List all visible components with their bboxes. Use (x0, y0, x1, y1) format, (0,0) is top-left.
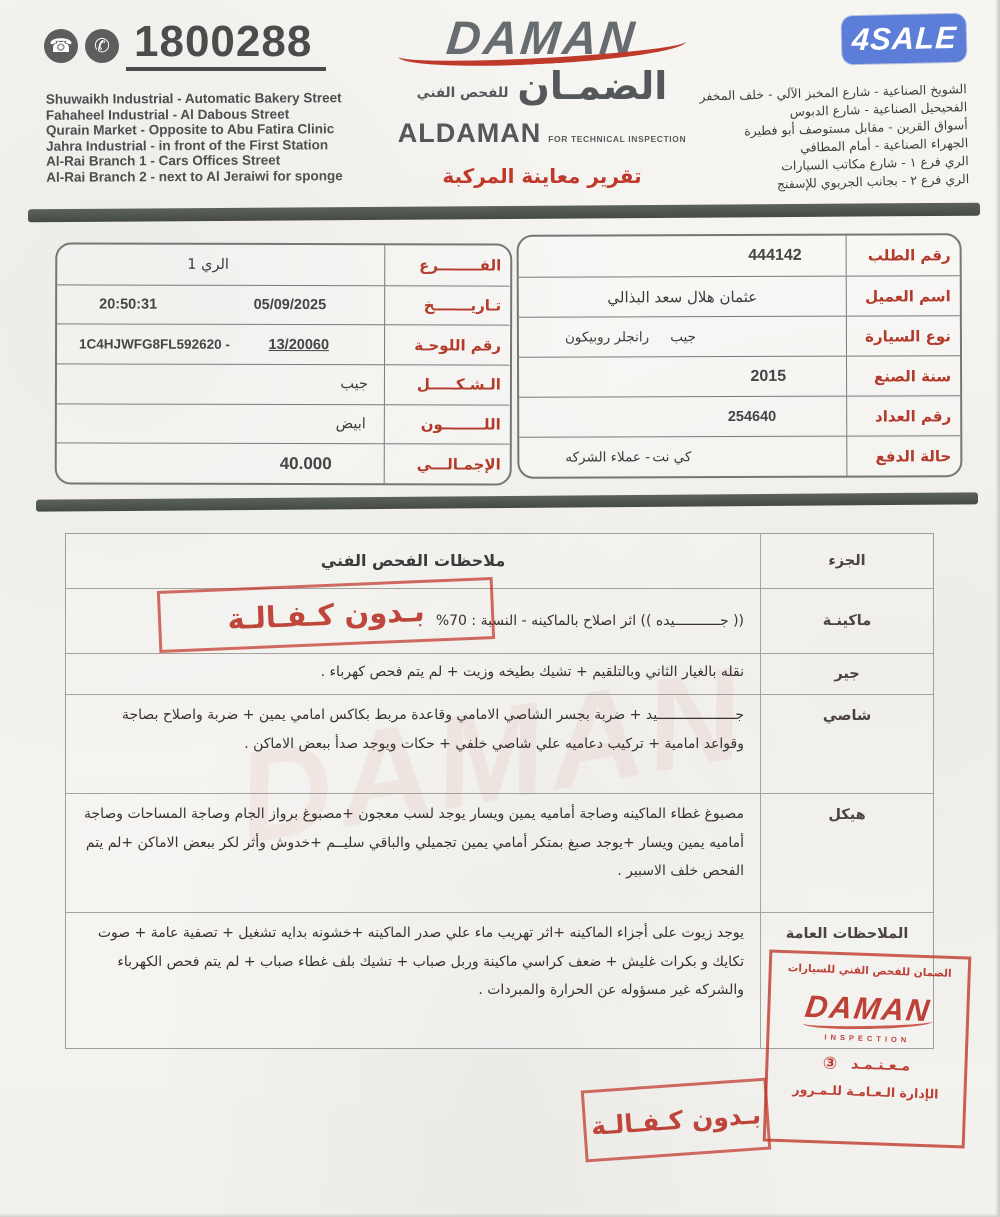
address-en-line: Al-Rai Branch 2 - next to Al Jeraiwi for… (46, 168, 343, 185)
model-year-value: 2015 (750, 367, 786, 385)
4sale-badge-label: 4SALE (851, 20, 958, 58)
model-year-label: سنة الصنع (846, 356, 960, 395)
part-name: هيكل (760, 794, 933, 912)
address-en-line: Fahaheel Industrial - Al Dabous Street (46, 106, 343, 123)
table-row: - عملاء الشركه كي نت حالة الدفع (519, 435, 960, 477)
whatsapp-icon: ✆ (85, 29, 119, 63)
no-warranty-stamp-bottom: بـدون كـفـالـة (581, 1078, 772, 1163)
note-text: مصبوغ غطاء الماكينه وصاجة أماميه يمين وي… (66, 794, 760, 912)
phone-number: 1800288 (126, 20, 326, 71)
date-label: تـاريـــــــخ (384, 286, 510, 325)
note-text: يوجد زيوت على أجزاء الماكينه +اثر تهريب … (66, 913, 760, 1048)
car-type-value: جيب (670, 329, 696, 345)
shape-label: الـشـكـــــل (384, 365, 510, 404)
part-name: ماكينـة (760, 589, 933, 653)
branch-value: الري 1 (57, 244, 384, 285)
stamp-inspection-label: INSPECTION (824, 1033, 910, 1045)
table-row: الري 1 الفــــــــرع (57, 244, 510, 285)
part-column-header: الجزء (760, 534, 933, 588)
note-text: جـــــــــــــــــــيد + ضربة بجسر الشاص… (66, 695, 760, 793)
notes-header-row: الجزء ملاحظات الفحص الفني (66, 534, 933, 588)
address-en-line: Al-Rai Branch 1 - Cars Offices Street (46, 153, 343, 170)
table-row: رانجلر روبيكون جيب نوع السيارة (519, 315, 960, 357)
color-label: اللــــــــون (384, 405, 510, 444)
payment-customer-value: - عملاء الشركه (565, 449, 650, 465)
order-number-value: 444142 (748, 247, 801, 265)
vehicle-info-table-right: 444142 رقم الطلب عثمان هلال سعد البذالي … (517, 233, 963, 479)
table-row: 444142 رقم الطلب (519, 235, 960, 277)
aldaman-wordmark: ALDAMAN (398, 118, 541, 149)
color-value: ابيض (57, 404, 384, 444)
scan-edge-bottom (0, 1213, 1000, 1217)
table-row: ابيض اللــــــــون (57, 403, 510, 444)
part-name: شاصي (760, 695, 933, 793)
notes-row-gear: جير نقله بالغيار الثاني وبالتلقيم + تشيك… (66, 653, 933, 694)
logo-arabic-title: الضمـان (517, 66, 667, 108)
phone-block: ☎ ✆ 1800288 (44, 20, 326, 71)
branch-addresses-ar: الشويخ الصناعية - شارع المخبز الآلي - خل… (687, 80, 970, 196)
date-value: 05/09/2025 (254, 297, 327, 313)
total-value: 40.000 (280, 454, 332, 474)
notes-row-chassis: شاصي جـــــــــــــــــــيد + ضربة بجسر … (66, 694, 933, 793)
separator-bar-top (28, 203, 980, 223)
note-text: نقله بالغيار الثاني وبالتلقيم + تشيك بطي… (66, 654, 760, 694)
table-row: 40.000 الإجمـالـــي (57, 443, 510, 484)
table-row: 254640 رقم العداد (519, 395, 960, 437)
time-value: 20:50:31 (99, 297, 157, 313)
vehicle-info-table-left: الري 1 الفــــــــرع 20:50:31 05/09/2025… (55, 242, 513, 485)
logo-tagline: FOR TECHNICAL INSPECTION (548, 134, 686, 144)
address-en-line: Shuwaikh Industrial - Automatic Bakery S… (46, 90, 343, 107)
customer-name-label: اسم العميل (846, 276, 960, 315)
branch-addresses-en: Shuwaikh Industrial - Automatic Bakery S… (46, 90, 343, 185)
stamp-company-line: الضمان للفحص الفني للسيارات (788, 962, 952, 980)
odometer-label: رقم العداد (846, 396, 960, 435)
table-row: عثمان هلال سعد البذالي اسم العميل (519, 275, 960, 317)
payment-method-value: كي نت (652, 449, 691, 465)
branch-label: الفــــــــرع (384, 245, 510, 285)
plate-number-value: 13/20060 (269, 337, 330, 353)
table-row: 1C4HJWFG8FL592620 - 13/20060 رقم اللوحـة (57, 324, 510, 365)
total-label: الإجمـالـــي (384, 445, 510, 484)
notes-row-body: هيكل مصبوغ غطاء الماكينه وصاجة أماميه يم… (66, 793, 933, 912)
address-en-line: Qurain Market - Opposite to Abu Fatira C… (46, 121, 343, 138)
call-icon: ☎ (44, 29, 78, 63)
logo-arabic-name: الضمـان للفحص الفني (392, 66, 692, 108)
car-type-label: نوع السيارة (846, 316, 960, 355)
odometer-value: 254640 (728, 408, 776, 424)
car-model-value: رانجلر روبيكون (565, 329, 649, 345)
stamp-approved-row: مـعـتـمـد ③ (822, 1053, 910, 1076)
4sale-badge: 4SALE (842, 14, 967, 65)
stamp-traffic-department-line: الإدارة الـعـامـة للـمـرور (792, 1081, 938, 1101)
vin-value: 1C4HJWFG8FL592620 - (79, 337, 230, 352)
daman-approval-stamp: الضمان للفحص الفني للسيارات DAMAN INSPEC… (763, 950, 972, 1149)
table-row: جيب الـشـكـــــل (57, 363, 510, 404)
order-number-label: رقم الطلب (846, 235, 960, 275)
scan-edge-right (995, 0, 1000, 1217)
address-en-line: Jahra Industrial - in front of the First… (46, 137, 343, 154)
part-name: جير (760, 654, 933, 694)
logo-arabic-subtitle: للفحص الفني (417, 85, 509, 101)
customer-name-value: عثمان هلال سعد البذالي (519, 277, 846, 317)
table-row: 20:50:31 05/09/2025 تـاريـــــــخ (57, 284, 510, 325)
logo-english-row: ALDAMAN FOR TECHNICAL INSPECTION (392, 118, 692, 149)
report-title: تقرير معاينة المركبة (392, 164, 692, 188)
separator-bar-middle (36, 492, 978, 511)
plate-number-label: رقم اللوحـة (384, 326, 510, 365)
table-row: 2015 سنة الصنع (519, 355, 960, 397)
payment-status-label: حالة الدفع (846, 436, 960, 475)
stamp-number-badge: ③ (822, 1053, 837, 1073)
shape-value: جيب (57, 364, 384, 404)
stamp-approved-word: مـعـتـمـد (851, 1056, 910, 1074)
